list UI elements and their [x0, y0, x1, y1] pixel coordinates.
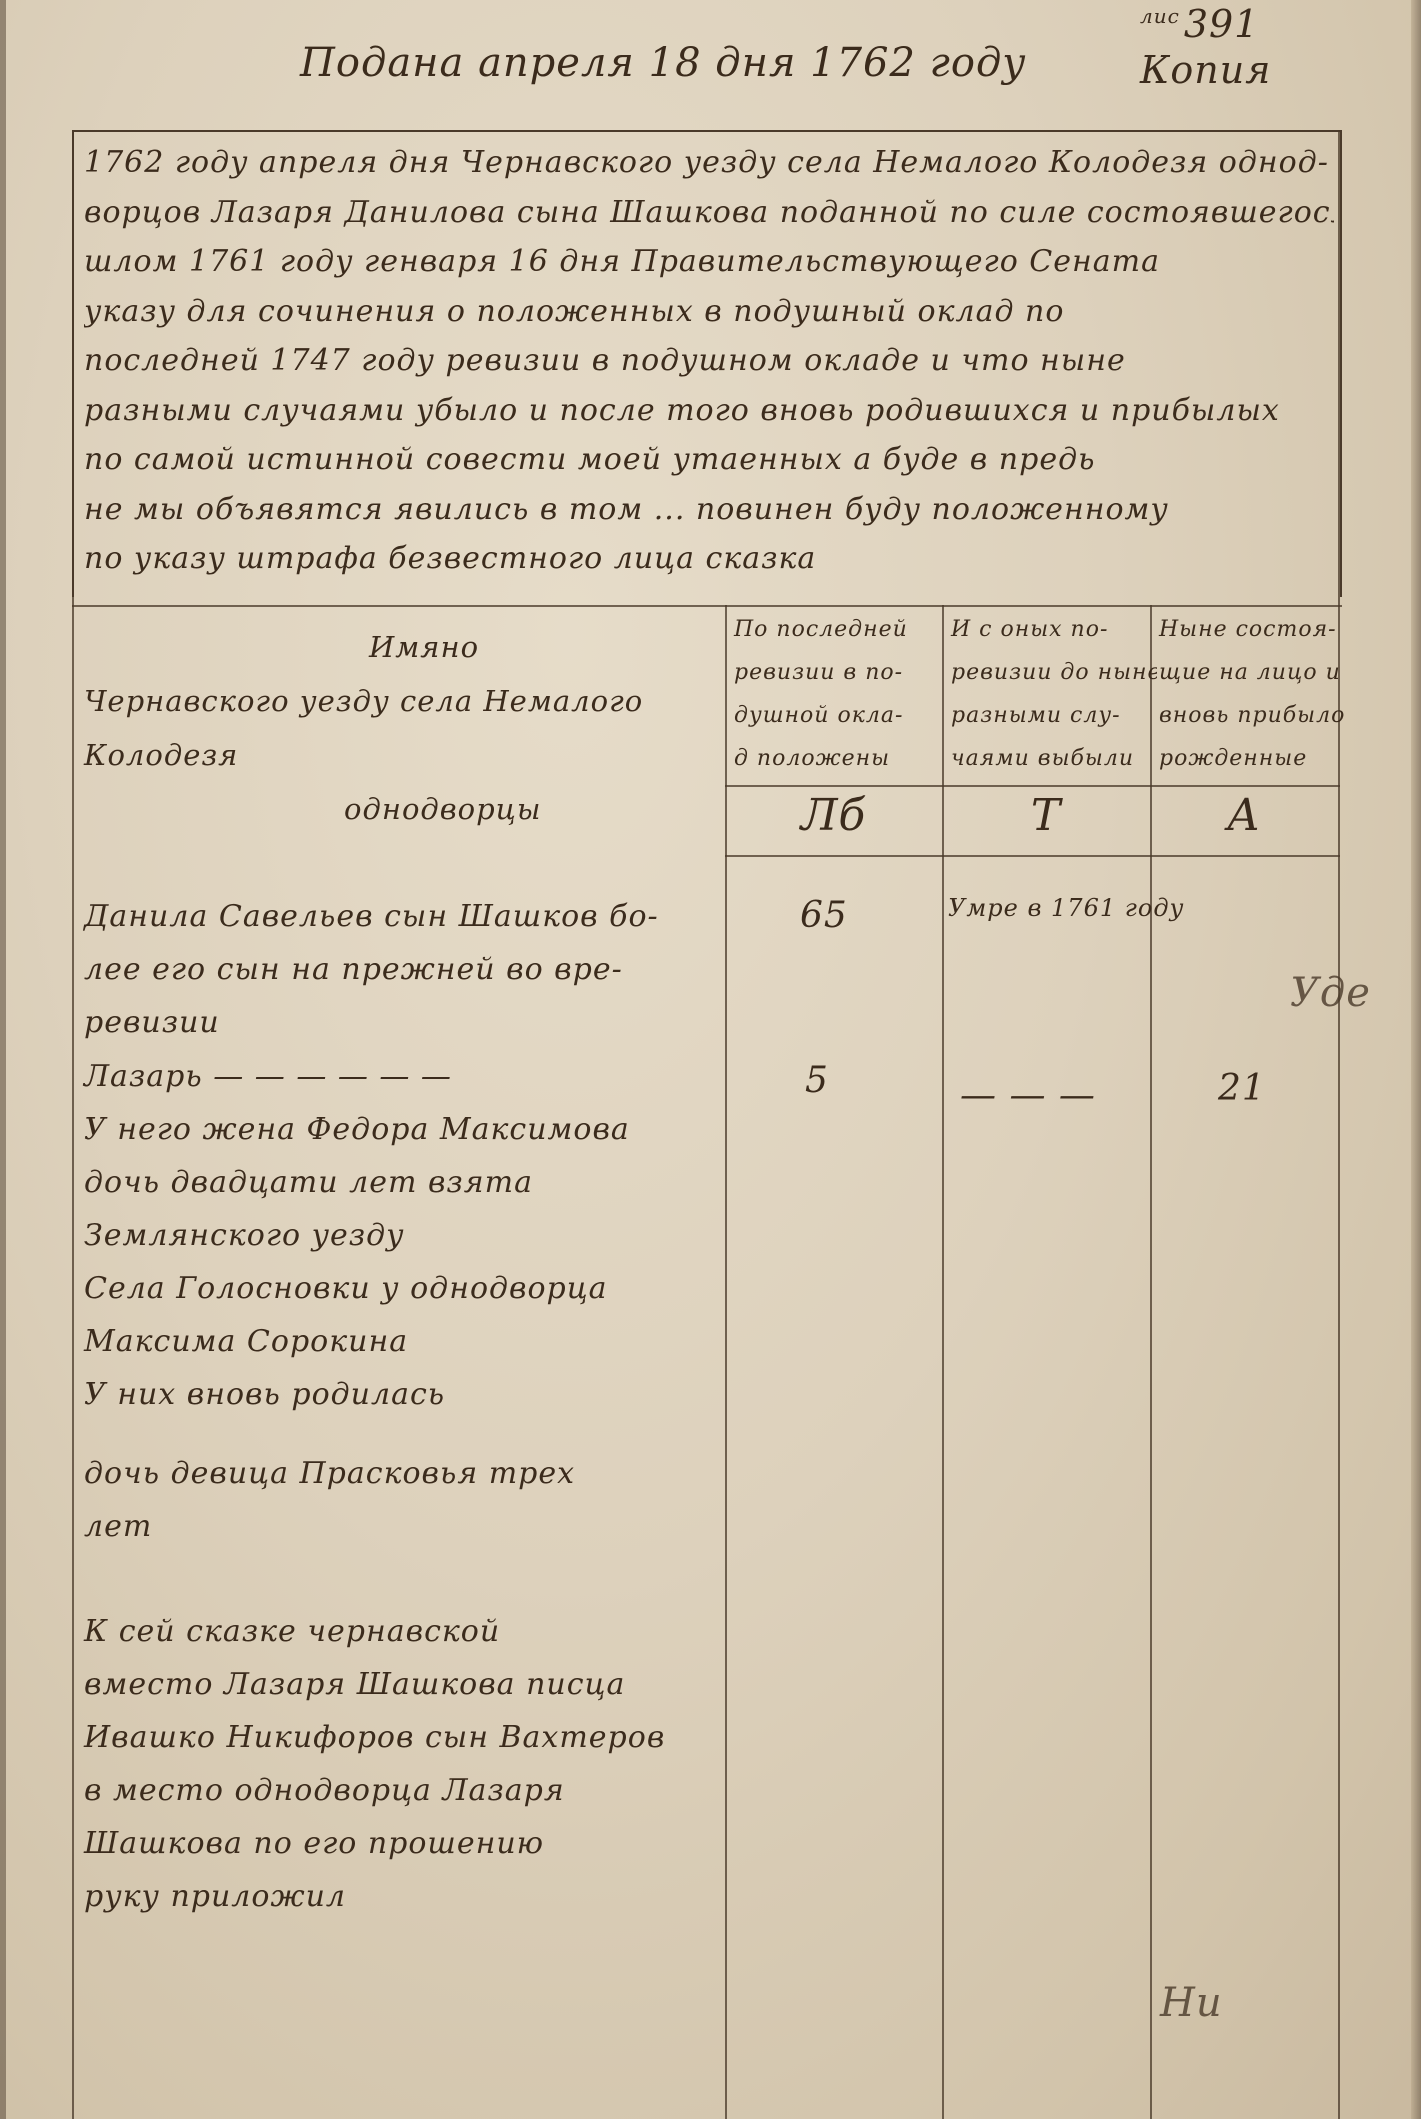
table-row-1-in-revision: 65 — [800, 895, 848, 936]
table-row-2-in-revision: 5 — [805, 1060, 829, 1101]
attestation-line: в место однодворца Лазаря — [84, 1764, 724, 1817]
folio-number: лис391 — [1140, 2, 1259, 46]
entry-line: дочь двадцати лет взята — [84, 1156, 724, 1209]
table-left-rule — [72, 130, 74, 2119]
header-bottom-rule — [725, 785, 1340, 787]
column-numeral-in-revision: Лб — [725, 790, 942, 841]
folio-value: 391 — [1184, 2, 1260, 46]
heading-line: Колодезя — [84, 738, 238, 772]
heading-line: Чернавского уезду села Немалого — [84, 684, 643, 718]
attestation-line: руку приложил — [84, 1870, 724, 1923]
heading-line: д положены — [734, 737, 939, 780]
attestation-line: Ивашко Никифоров сын Вахтеров — [84, 1711, 724, 1764]
entry-line: дочь девица Прасковья трех — [84, 1447, 724, 1500]
heading-line: Имяно — [84, 620, 724, 674]
heading-line: однодворцы — [84, 782, 724, 836]
attestation-line: вместо Лазаря Шашкова писца — [84, 1658, 724, 1711]
entry-line: ревизии — [84, 996, 724, 1049]
preamble-line: по самой истинной совести моей утаенных … — [84, 435, 1334, 485]
entry-line: лет — [84, 1500, 724, 1553]
heading-line: вновь прибыло — [1159, 694, 1341, 737]
document-title: Подана апреля 18 дня 1762 году — [300, 40, 1027, 86]
heading-line: чаями выбыли — [951, 737, 1151, 780]
entry-line: лее его сын на прежней во вре- — [84, 943, 724, 996]
table-row-2-present: 21 — [1218, 1068, 1266, 1109]
column-heading-departed: И с оных по- ревизии до ныне разными слу… — [945, 608, 1157, 780]
entry-line: Максима Сорокина — [84, 1315, 724, 1368]
heading-line: душной окла- — [734, 694, 939, 737]
attestation-line: Шашкова по его прошению — [84, 1817, 724, 1870]
column-heading-in-revision: По последней ревизии в по- душной окла- … — [728, 608, 945, 780]
entry-line: У них вновь родилась — [84, 1368, 724, 1421]
table-row-2-departed: — — — — [960, 1075, 1096, 1116]
heading-line: щие на лицо и что — [1159, 651, 1341, 694]
preamble-line: последней 1747 году ревизии в подушном о… — [84, 336, 1334, 386]
numeral-row-rule — [725, 855, 1340, 857]
preamble-text: 1762 году апреля дня Чернавского уезду с… — [84, 138, 1334, 584]
column-numeral-present: А — [1150, 790, 1338, 841]
heading-line: рожденные — [1159, 737, 1341, 780]
table-row-2-name: Лазарь — — — — — — У него жена Федора Ма… — [84, 1050, 724, 1553]
preamble-line: не мы объявятся явились в том ... повине… — [84, 485, 1334, 535]
entry-line: Данила Савельев сын Шашков бо- — [84, 890, 724, 943]
table-right-rule — [1338, 130, 1340, 2119]
heading-line: По последней — [734, 608, 939, 651]
heading-line: Ныне состоя- — [1159, 608, 1341, 651]
entry-line: Землянского уезду — [84, 1209, 724, 1262]
page-edge-right — [1411, 0, 1421, 2119]
preamble-line: ворцов Лазаря Данилова сына Шашкова пода… — [84, 188, 1334, 238]
bottom-initials-mark: Ни — [1160, 1980, 1223, 2026]
column-heading-present: Ныне состоя- щие на лицо и что вновь при… — [1153, 608, 1347, 780]
column-numeral-departed: Т — [942, 790, 1150, 841]
heading-line: разными слу- — [951, 694, 1151, 737]
folio-prefix: лис — [1140, 4, 1180, 28]
page-edge-left — [0, 0, 6, 2119]
table-row-1-departed: Умре в 1761 году — [948, 882, 1184, 935]
preamble-line: шлом 1761 году генваря 16 дня Правительс… — [84, 237, 1334, 287]
heading-line: ревизии в по- — [734, 651, 939, 694]
attestation-text: К сей сказке чернавской вместо Лазаря Ша… — [84, 1605, 724, 1923]
heading-line: И с оных по- — [951, 608, 1151, 651]
entry-line: Села Голосновки у однодворца — [84, 1262, 724, 1315]
preamble-line: указу для сочинения о положенных в подуш… — [84, 287, 1334, 337]
preamble-line: 1762 году апреля дня Чернавского уезду с… — [84, 138, 1334, 188]
copy-mark: Копия — [1140, 48, 1271, 92]
heading-line: ревизии до ныне — [951, 651, 1151, 694]
preamble-line: разными случаями убыло и после того внов… — [84, 386, 1334, 436]
manuscript-page: Подана апреля 18 дня 1762 году лис391 Ко… — [0, 0, 1421, 2119]
entry-line: У него жена Федора Максимова — [84, 1103, 724, 1156]
margin-mark: Уде — [1290, 970, 1371, 1016]
table-row-1-name: Данила Савельев сын Шашков бо- лее его с… — [84, 890, 724, 1049]
preamble-line: по указу штрафа безвестного лица сказка — [84, 534, 1334, 584]
entry-line: Лазарь — — — — — — — [84, 1050, 724, 1103]
column-heading-names: Имяно Чернавского уезду села Немалого Ко… — [84, 620, 724, 836]
attestation-line: К сей сказке чернавской — [84, 1605, 724, 1658]
